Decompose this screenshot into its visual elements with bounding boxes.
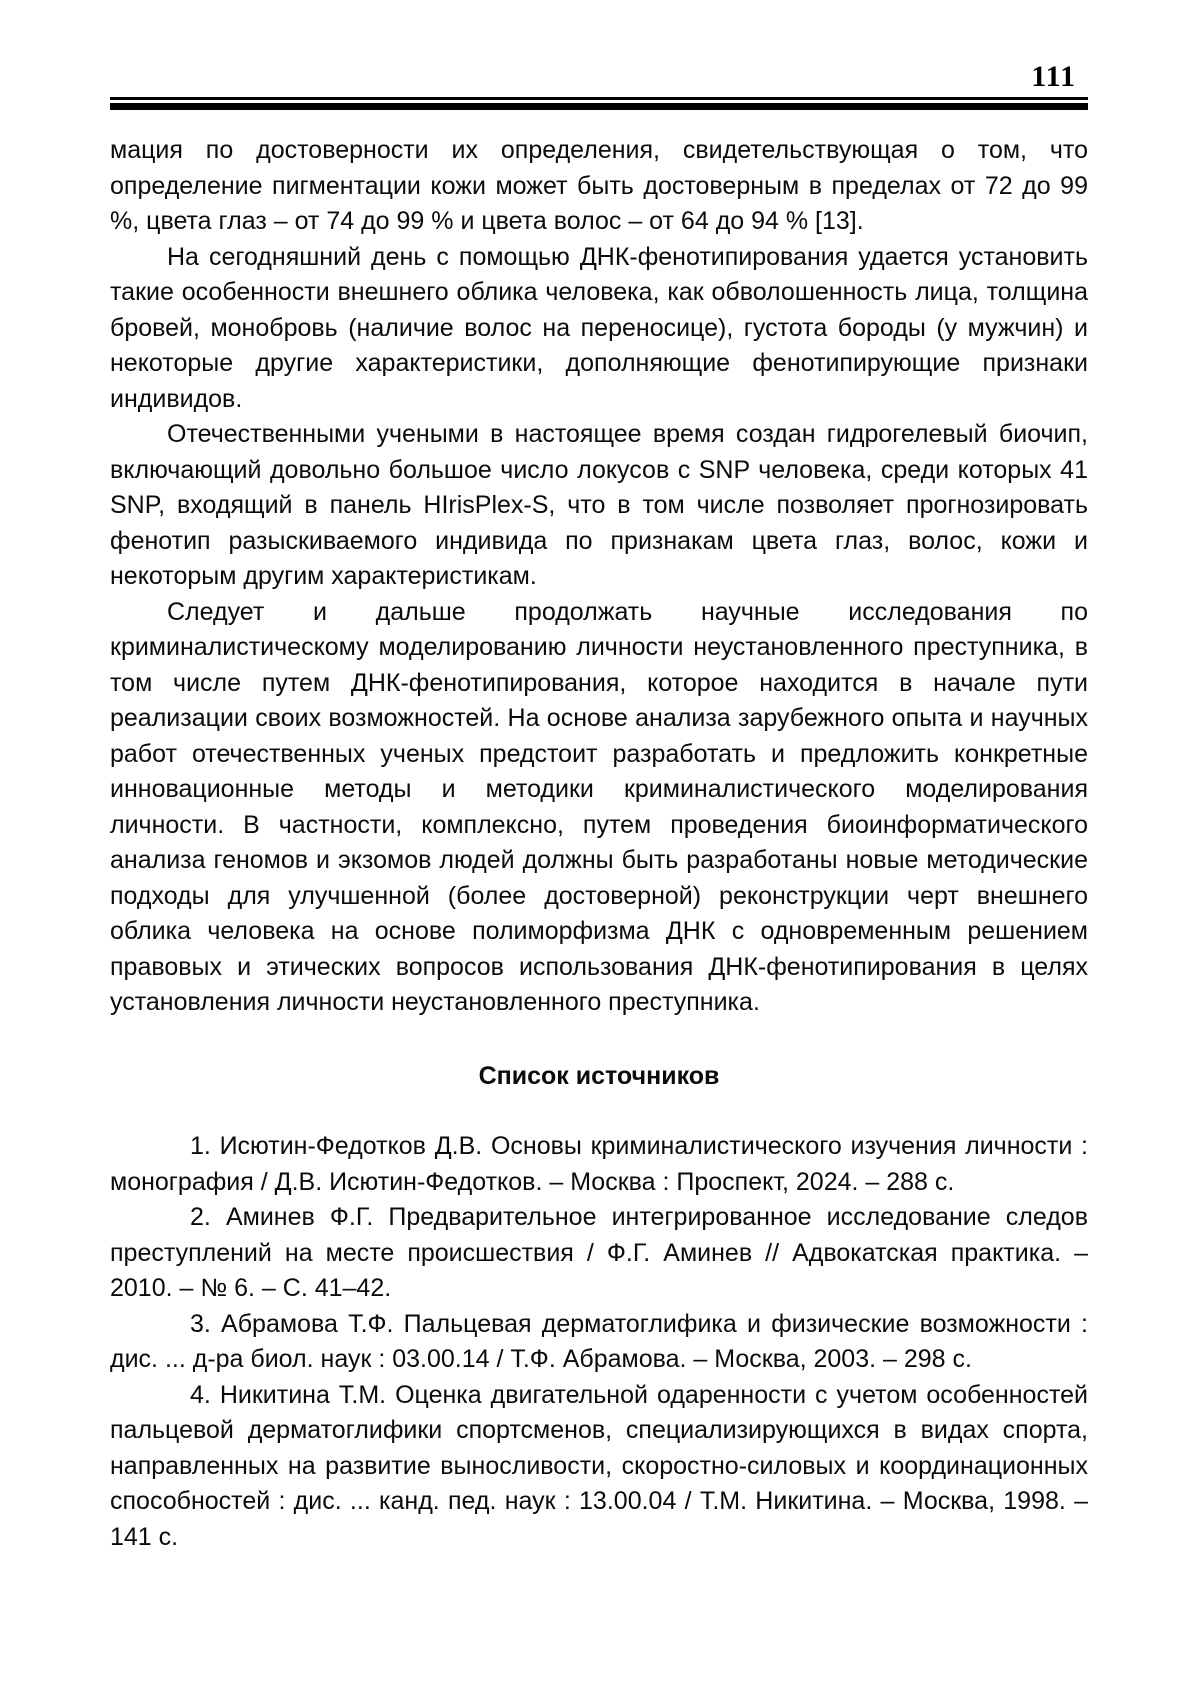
reference-item: 2. Аминев Ф.Г. Предварительное интегриро… — [110, 1200, 1088, 1307]
page-number: 111 — [110, 58, 1088, 96]
body-paragraph: На сегодняшний день с помощью ДНК-феноти… — [110, 240, 1088, 418]
document-page: 111 мация по достоверности их определени… — [0, 0, 1200, 1697]
body-paragraph: Следует и дальше продолжать научные иссл… — [110, 595, 1088, 1021]
header-rule-thin — [110, 97, 1088, 100]
body-paragraph: мация по достоверности их определения, с… — [110, 133, 1088, 240]
body-text: мация по достоверности их определения, с… — [110, 133, 1088, 1021]
reference-item: 3. Абрамова Т.Ф. Пальцевая дерматоглифик… — [110, 1307, 1088, 1378]
sources-heading: Список источников — [110, 1059, 1088, 1095]
reference-item: 4. Никитина Т.М. Оценка двигательной ода… — [110, 1378, 1088, 1556]
references-list: 1. Исютин-Федотков Д.В. Основы криминали… — [110, 1129, 1088, 1555]
reference-item: 1. Исютин-Федотков Д.В. Основы криминали… — [110, 1129, 1088, 1200]
body-paragraph: Отечественными учеными в настоящее время… — [110, 417, 1088, 595]
header-rule-thick — [110, 103, 1088, 110]
